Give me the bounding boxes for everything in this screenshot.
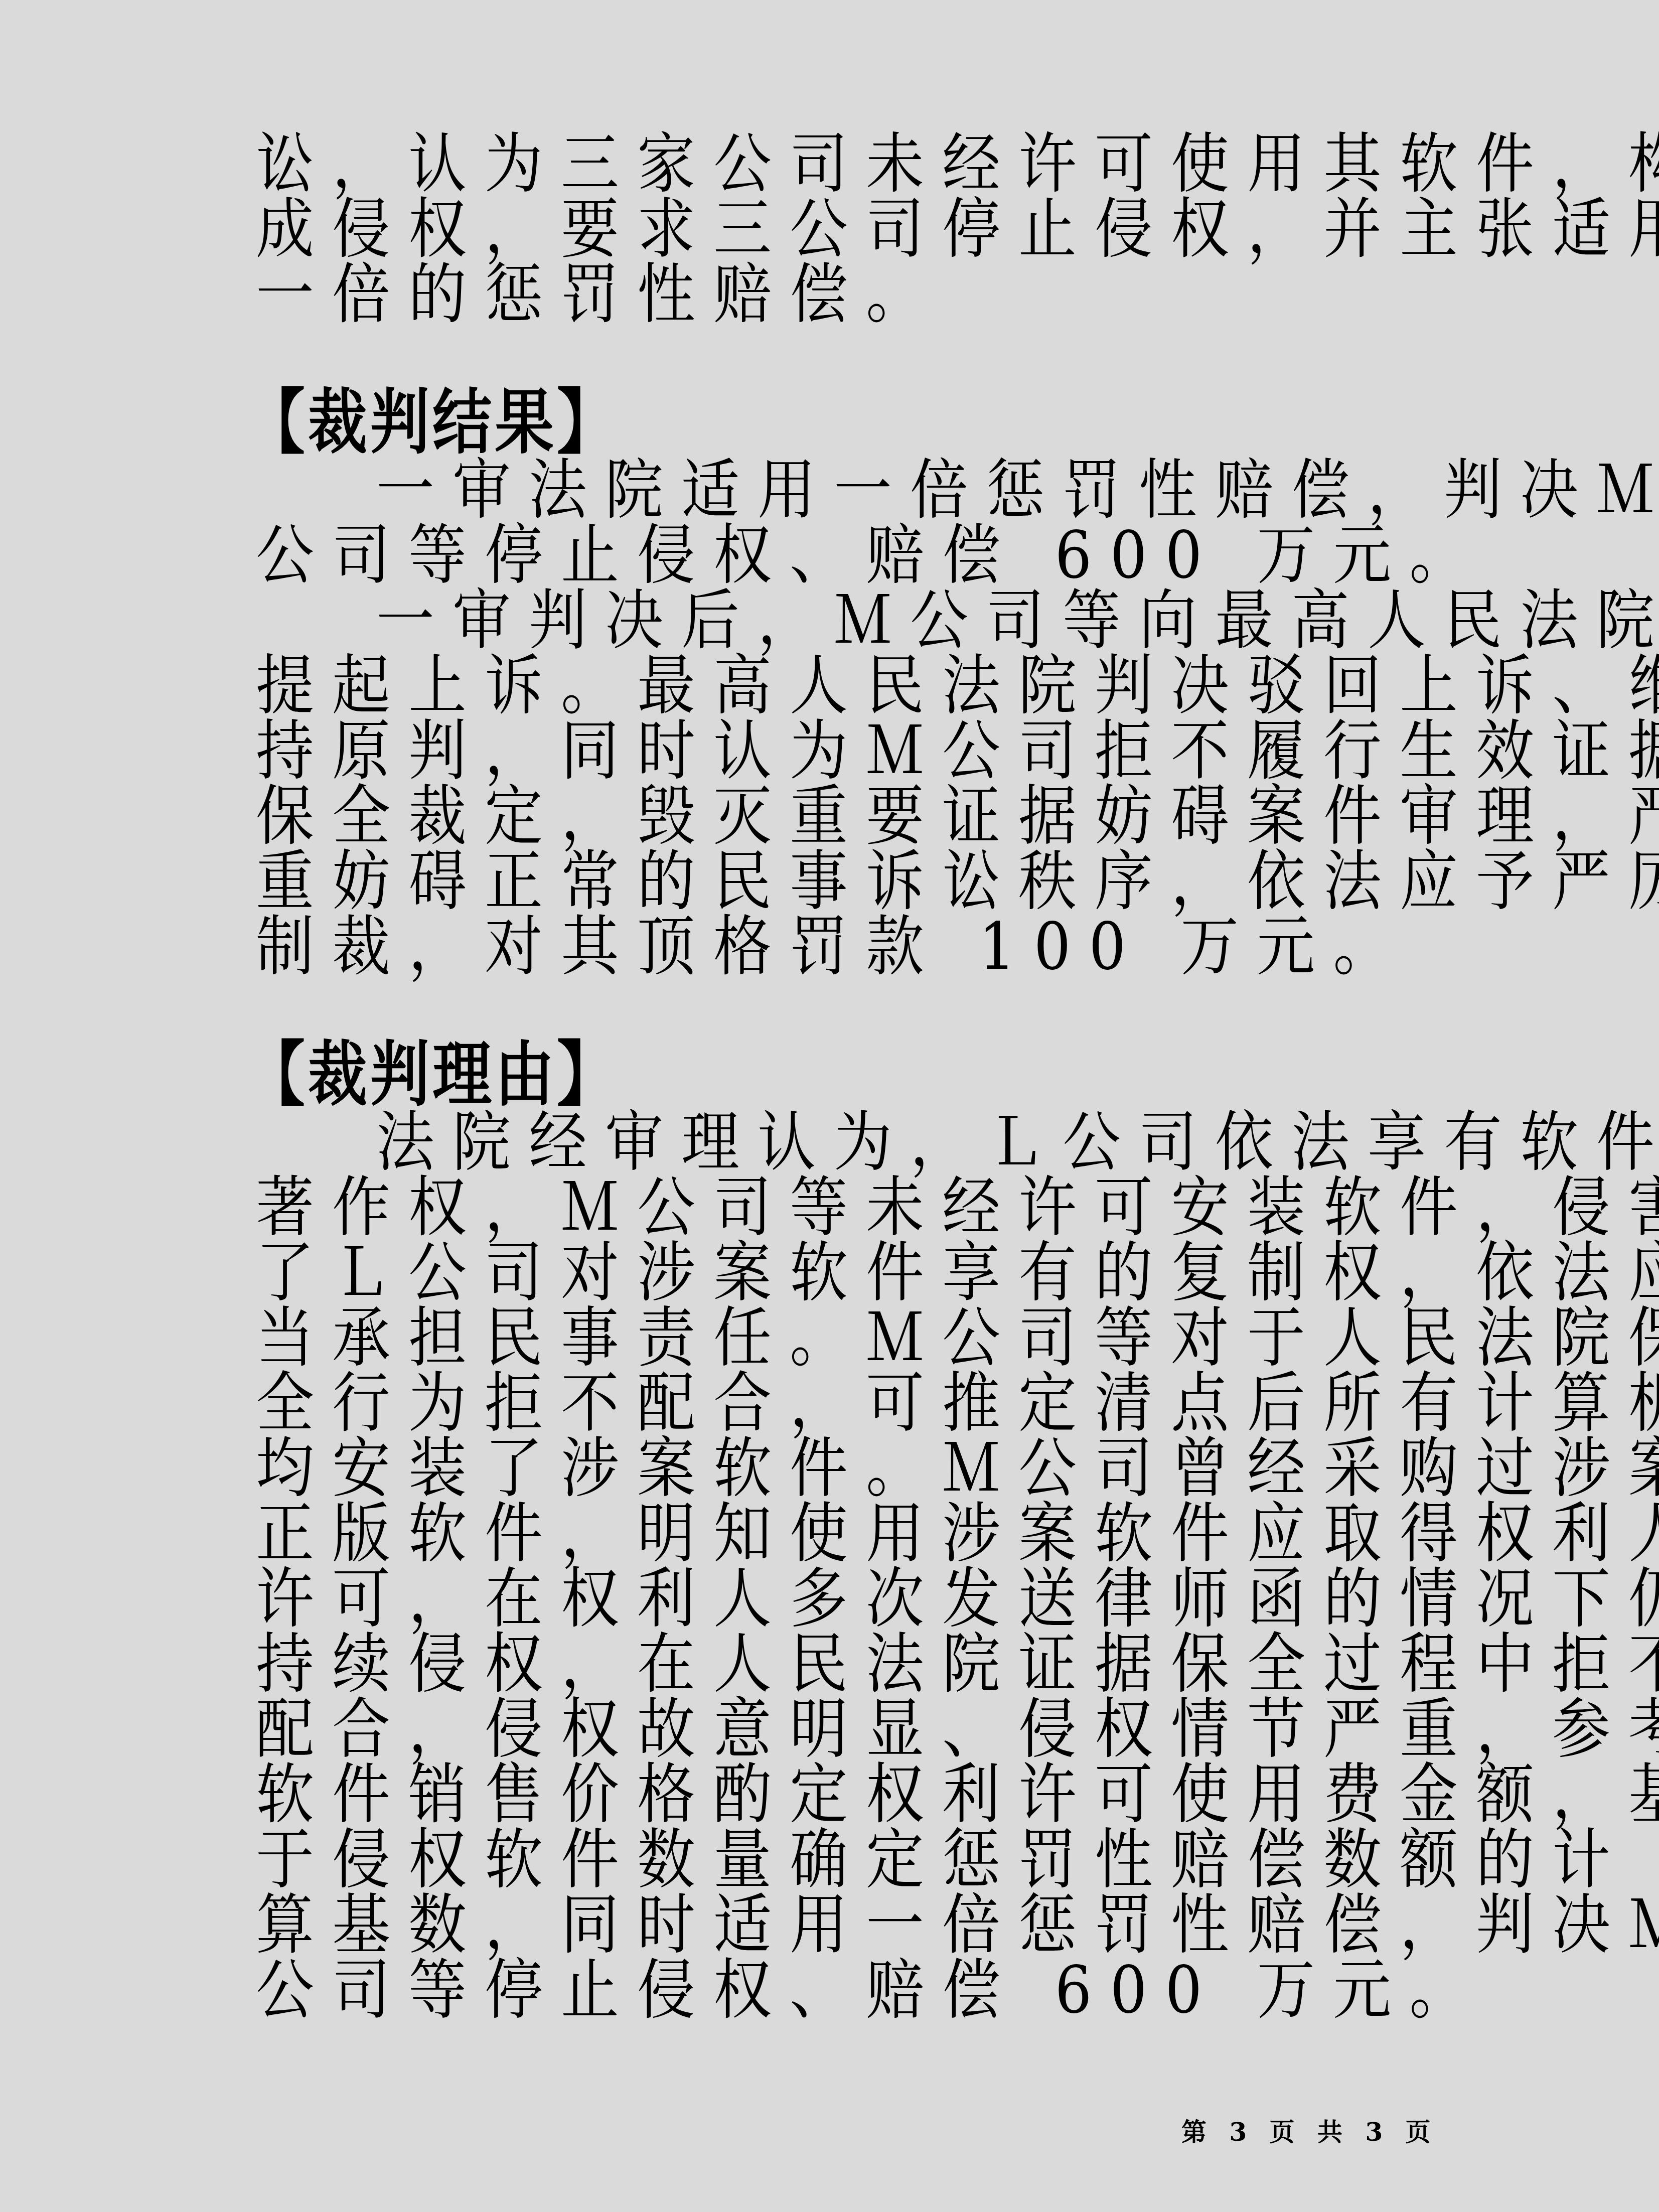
paragraph-line: 持原判，同时认为Ｍ公司拒不履行生效证据 [256, 714, 1410, 788]
section-judgment-reason: 【裁判理由】 法院经审理认为，Ｌ公司依法享有软件 著作权，Ｍ公司等未经许可安装软… [256, 1040, 1410, 2023]
paragraph-line: 保全裁定，毁灭重要证据妨碍案件审理，严 [256, 780, 1410, 853]
paragraph-line: 配合，侵权故意明显、侵权情节严重，参考 [256, 1693, 1410, 1766]
section-heading: 【裁判理由】 [246, 1033, 1410, 1116]
paragraph-line: 公司等停止侵权、赔偿 600 万元。 [256, 519, 1410, 592]
paragraph-line: 公司等停止侵权、赔偿 600 万元。 [256, 1954, 1410, 2027]
paragraph-line: 成侵权，要求三公司停止侵权，并主张适用 [256, 193, 1410, 266]
paragraph-line: 提起上诉。最高人民法院判决驳回上诉、维 [256, 649, 1410, 722]
paragraph-line: 制裁，对其顶格罚款 100 万元。 [256, 910, 1410, 983]
paragraph-line: 持续侵权，在人民法院证据保全过程中拒不 [256, 1628, 1410, 1701]
section-spacer [256, 979, 1410, 1040]
document-page: 讼，认为三家公司未经许可使用其软件，构 成侵权，要求三公司停止侵权，并主张适用 … [256, 131, 1410, 2023]
result-paragraph-1: 一审法院适用一倍惩罚性赔偿，判决Ｍ 公司等停止侵权、赔偿 600 万元。 [256, 458, 1410, 588]
reason-paragraph-1: 法院经审理认为，Ｌ公司依法享有软件 著作权，Ｍ公司等未经许可安装软件，侵害 了Ｌ… [256, 1110, 1410, 2023]
section-heading: 【裁判结果】 [246, 381, 1410, 464]
page-number-footer: 第 3 页 共 3 页 [1181, 2112, 1438, 2148]
paragraph-line: 讼，认为三家公司未经许可使用其软件，构 [256, 127, 1410, 201]
paragraph-line: 一审判决后，Ｍ公司等向最高人民法院 [256, 584, 1410, 657]
section-spacer [256, 327, 1410, 387]
paragraph-line: 一倍的惩罚性赔偿。 [256, 258, 1410, 331]
paragraph-line: 软件销售价格酌定权利许可使用费金额，基 [256, 1758, 1410, 1831]
paragraph-line: 当承担民事责任。Ｍ公司等对于人民法院保 [256, 1301, 1410, 1375]
paragraph-line: 法院经审理认为，Ｌ公司依法享有软件 [256, 1106, 1410, 1179]
result-paragraph-2: 一审判决后，Ｍ公司等向最高人民法院 提起上诉。最高人民法院判决驳回上诉、维 持原… [256, 588, 1410, 979]
paragraph-line: 于侵权软件数量确定惩罚性赔偿数额的计 [256, 1823, 1410, 1896]
paragraph-line: 算基数，同时适用一倍惩罚性赔偿，判决Ｍ [256, 1888, 1410, 1962]
paragraph-line: 全行为拒不配合，可推定清点后所有计算机 [256, 1367, 1410, 1440]
section-judgment-result: 【裁判结果】 一审法院适用一倍惩罚性赔偿，判决Ｍ 公司等停止侵权、赔偿 600 … [256, 387, 1410, 979]
paragraph-line: 许可，在权利人多次发送律师函的情况下仍 [256, 1562, 1410, 1636]
paragraph-line: 均安装了涉案软件。Ｍ公司曾经采购过涉案 [256, 1432, 1410, 1505]
paragraph-line: 了Ｌ公司对涉案软件享有的复制权，依法应 [256, 1236, 1410, 1309]
paragraph-line: 著作权，Ｍ公司等未经许可安装软件，侵害 [256, 1171, 1410, 1244]
paragraph-line: 重妨碍正常的民事诉讼秩序，依法应予严厉 [256, 845, 1410, 918]
paragraph-line: 正版软件，明知使用涉案软件应取得权利人 [256, 1497, 1410, 1570]
intro-paragraph: 讼，认为三家公司未经许可使用其软件，构 成侵权，要求三公司停止侵权，并主张适用 … [256, 131, 1410, 327]
paragraph-line: 一审法院适用一倍惩罚性赔偿，判决Ｍ [256, 454, 1410, 527]
